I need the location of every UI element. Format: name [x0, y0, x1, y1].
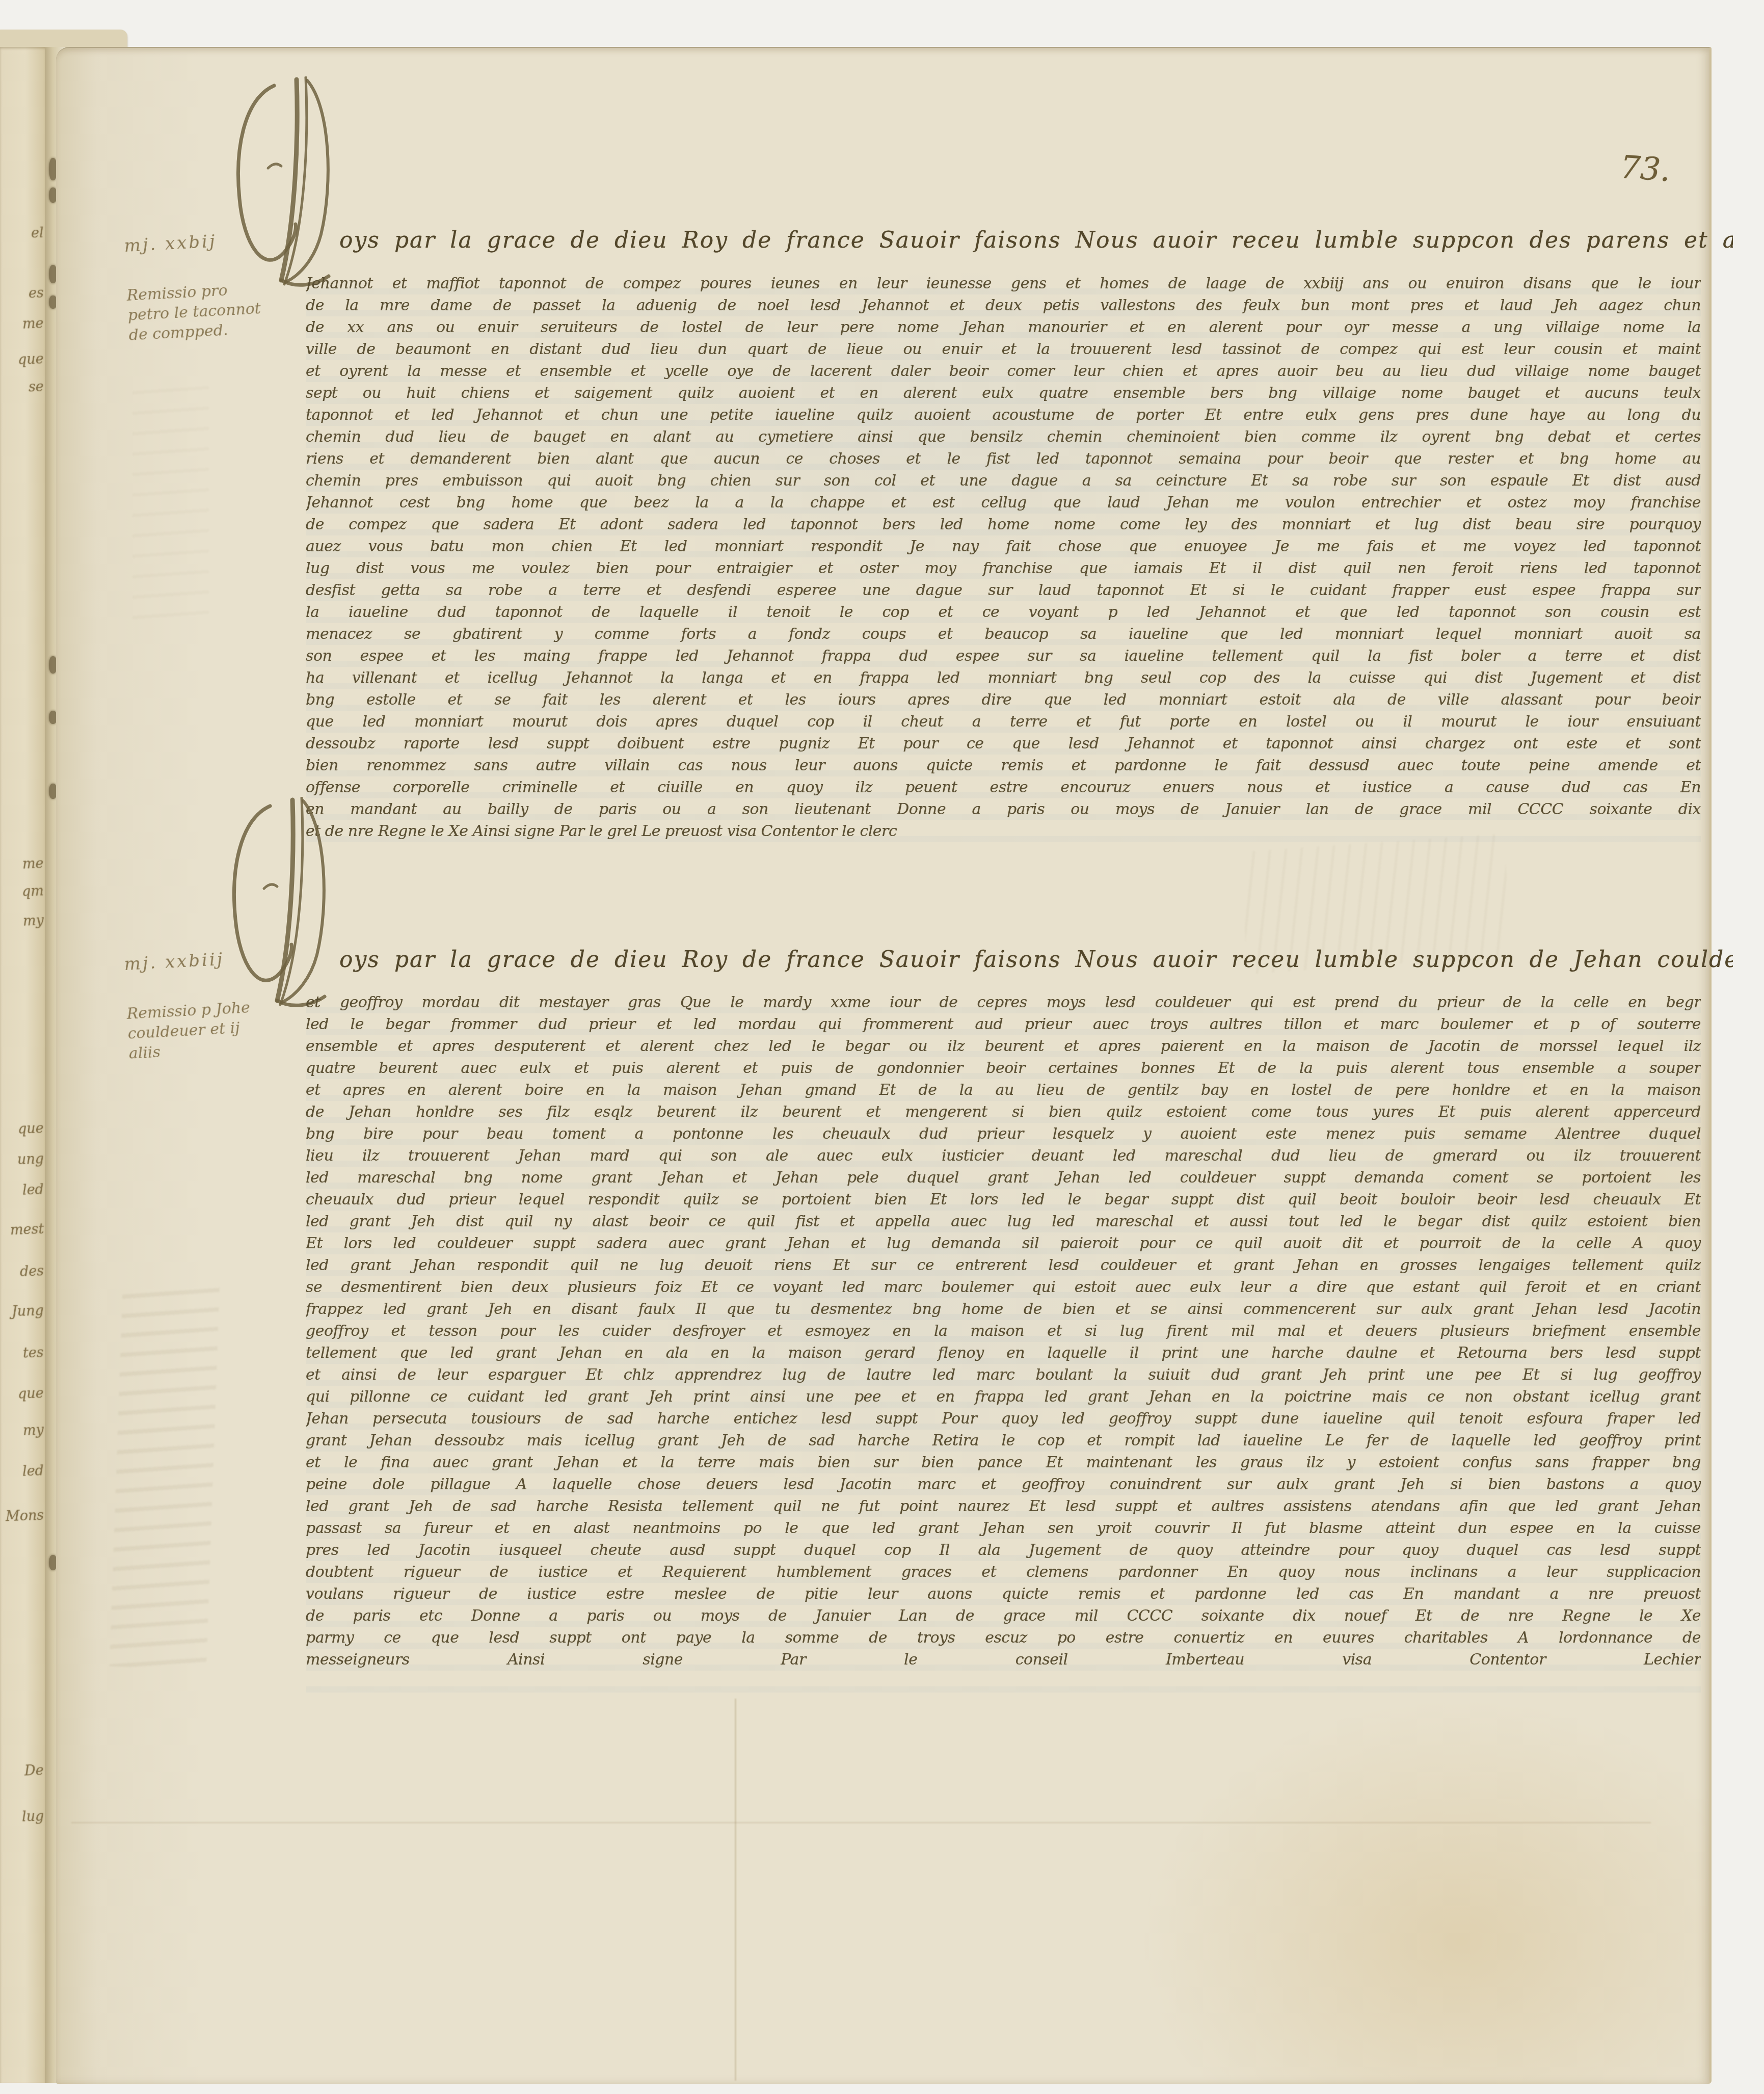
manuscript-line: peine dole pillague A laquelle chose deu…	[306, 1473, 1701, 1495]
facing-page-text-fragment: es	[29, 285, 44, 301]
manuscript-line: et ainsi de leur esparguer Et chlz appre…	[306, 1364, 1701, 1386]
manuscript-line: frappez led grant Jeh en disant faulx Il…	[306, 1298, 1701, 1320]
facing-page-text-fragment: led	[22, 1463, 44, 1479]
facing-page-text-fragment: que	[18, 351, 44, 368]
vertical-crease	[735, 1699, 736, 2081]
manuscript-line: son espee et les maing frappe led Jehann…	[306, 645, 1701, 667]
manuscript-line: led mareschal bng nome grant Jehan et Je…	[306, 1167, 1701, 1189]
manuscript-line: et oyrent la messe et ensemble et ycelle…	[306, 360, 1701, 382]
facing-page-text-fragment: me	[22, 855, 44, 872]
manuscript-line: bng estolle et se fait les alerent et le…	[306, 689, 1701, 711]
manuscript-line: de paris etc Donne a paris ou moys de Ja…	[306, 1605, 1701, 1627]
parchment-page: 73. mj. xxbij R	[56, 47, 1712, 2084]
manuscript-line: ville de beaumont en distant dud lieu du…	[306, 338, 1701, 360]
manuscript-line: lug dist vous me voulez bien pour entrai…	[306, 557, 1701, 579]
manuscript-line: qui pillonne ce cuidant led grant Jeh pr…	[306, 1386, 1701, 1408]
margin-note-entry-1: mj. xxbij Remissio propetro le taconnotd…	[124, 227, 303, 345]
manuscript-line: cheuaulx dud prieur lequel respondit qui…	[306, 1189, 1701, 1211]
manuscript-line: geoffroy et tesson pour les cuider desfr…	[306, 1320, 1701, 1342]
facing-page-text-fragment: tes	[23, 1345, 44, 1361]
manuscript-line: Et lors led couldeuer suppt sadera auec …	[306, 1232, 1701, 1254]
manuscript-line	[306, 1671, 1701, 1693]
manuscript-line: led grant Jeh de sad harche Resista tell…	[306, 1495, 1701, 1517]
manuscript-line: bien renommez sans autre villain cas nou…	[306, 755, 1701, 776]
manuscript-line: menacez se gbatirent y comme forts a fon…	[306, 623, 1701, 645]
margin-note-text: Remissio p Johecouldeuer et ijaliis	[126, 995, 303, 1064]
manuscript-line: Jehannot cest bng home que beez la a la …	[306, 492, 1701, 514]
manuscript-line: led le begar frommer dud prieur et led m…	[306, 1013, 1701, 1035]
ink-bleedthrough	[110, 1279, 220, 1670]
facing-page-text-fragment: qm	[22, 883, 44, 899]
facing-page-text-fragment: des	[19, 1263, 44, 1280]
facing-page-text-fragment: led	[22, 1182, 44, 1198]
manuscript-line: de compez que sadera Et adont sadera led…	[306, 514, 1701, 535]
manuscript-line: Jehan persecuta tousiours de sad harche …	[306, 1408, 1701, 1430]
manuscript-line: pres led Jacotin iusqueel cheute ausd su…	[306, 1539, 1701, 1561]
manuscript-line: et de nre Regne le Xe Ainsi signe Par le…	[306, 820, 1701, 842]
manuscript-line: bng bire pour beau toment a pontonne les…	[306, 1123, 1701, 1145]
manuscript-line: desfist getta sa robe a terre et desfend…	[306, 579, 1701, 601]
facing-page-text-fragment: De	[24, 1762, 44, 1779]
manuscript-line: se desmentirent bien deux plusieurs foiz…	[306, 1276, 1701, 1298]
manuscript-line: et le fina auec grant Jehan et la terre …	[306, 1452, 1701, 1473]
manuscript-line: dessoubz raporte lesd suppt doibuent est…	[306, 733, 1701, 755]
manuscript-line: que led monniart mourut dois apres duque…	[306, 711, 1701, 733]
facing-page-text-fragment: Jung	[12, 1303, 44, 1320]
manuscript-line: taponnot et led Jehannot et chun une pet…	[306, 404, 1701, 426]
margin-entry-number: mj. xxbiij	[124, 945, 298, 975]
facing-page-text-fragment: el	[31, 225, 44, 241]
facing-page-text-fragment: Mons	[5, 1508, 44, 1525]
facing-page-text-fragment: que	[18, 1120, 44, 1137]
facing-page-edge: elesmequesemeqmmyqueungledmestdesJungtes…	[0, 47, 46, 2083]
manuscript-line: ensemble et apres desputerent et alerent…	[306, 1035, 1701, 1057]
facing-page-text-fragment: lug	[21, 1808, 44, 1824]
manuscript-line: quatre beurent auec eulx et puis alerent…	[306, 1057, 1701, 1079]
facing-page-text-fragment: my	[23, 912, 44, 929]
manuscript-line: parmy ce que lesd suppt ont paye la somm…	[306, 1627, 1701, 1649]
margin-note-entry-2: mj. xxbiij Remissio p Johecouldeuer et i…	[124, 945, 303, 1063]
manuscript-line: ha villenant et icellug Jehannot la lang…	[306, 667, 1701, 689]
facing-page-text-fragment: ung	[17, 1151, 44, 1168]
entry-1-opening-line: oys par la grace de dieu Roy de france S…	[306, 227, 1733, 253]
facing-page-text-fragment: me	[22, 315, 44, 332]
manuscript-line: offense corporelle criminelle et ciuille…	[306, 776, 1701, 798]
manuscript-line: tellement que led grant Jehan en ala en …	[306, 1342, 1701, 1364]
manuscript-line: et geoffroy mordau dit mestayer gras Que…	[306, 991, 1701, 1013]
horizontal-crease	[71, 1822, 1651, 1823]
entry-2-opening-line: oys par la grace de dieu Roy de france S…	[306, 947, 1733, 973]
facing-page-text-fragment: se	[29, 379, 44, 395]
manuscript-line: riens et demanderent bien alant que aucu…	[306, 448, 1701, 470]
manuscript-line: de Jehan honldre ses filz esqlz beurent …	[306, 1101, 1701, 1123]
manuscript-line: led grant Jeh dist quil ny alast beoir c…	[306, 1211, 1701, 1232]
manuscript-line: en mandant au bailly de paris ou a son l…	[306, 798, 1701, 820]
manuscript-scan: elesmequesemeqmmyqueungledmestdesJungtes…	[0, 0, 1764, 2094]
manuscript-line: led grant Jehan respondit quil ne lug de…	[306, 1254, 1701, 1276]
manuscript-line: grant Jehan dessoubz mais icellug grant …	[306, 1430, 1701, 1452]
manuscript-line: Jehannot et maffiot taponnot de compez p…	[306, 273, 1701, 294]
manuscript-line: messeigneurs Ainsi signe Par le conseil …	[306, 1649, 1701, 1671]
manuscript-line: lieu ilz trouuerent Jehan mard qui son a…	[306, 1145, 1701, 1167]
manuscript-line: de xx ans ou enuir seruiteurs de lostel …	[306, 316, 1701, 338]
margin-note-text: Remissio propetro le taconnotde compped.	[126, 277, 303, 345]
manuscript-line: la iaueline dud taponnot de laquelle il …	[306, 601, 1701, 623]
manuscript-line: chemin dud lieu de bauget en alant au cy…	[306, 426, 1701, 448]
manuscript-line: voulans rigueur de iustice estre meslee …	[306, 1583, 1701, 1605]
folio-number: 73.	[1619, 148, 1672, 189]
facing-page-text-fragment: my	[23, 1422, 44, 1438]
entry-2-text-block: et geoffroy mordau dit mestayer gras Que…	[306, 991, 1701, 1693]
margin-entry-number: mj. xxbij	[124, 227, 298, 256]
facing-page-text-fragment: que	[18, 1385, 44, 1402]
manuscript-line: et apres en alerent boire en la maison J…	[306, 1079, 1701, 1101]
manuscript-line: passast sa fureur et en alast neantmoins…	[306, 1517, 1701, 1539]
manuscript-line: chemin pres embuisson qui auoit bng chie…	[306, 470, 1701, 492]
manuscript-line: auez vous batu mon chien Et led monniart…	[306, 535, 1701, 557]
manuscript-line: sept ou huit chiens et saigement quilz a…	[306, 382, 1701, 404]
ink-bleedthrough	[132, 374, 209, 629]
manuscript-line: de la mre dame de passet la aduenig de n…	[306, 294, 1701, 316]
manuscript-line: doubtent rigueur de iustice et Requieren…	[306, 1561, 1701, 1583]
entry-1-text-block: Jehannot et maffiot taponnot de compez p…	[306, 273, 1701, 842]
facing-page-text-fragment: mest	[10, 1221, 44, 1238]
